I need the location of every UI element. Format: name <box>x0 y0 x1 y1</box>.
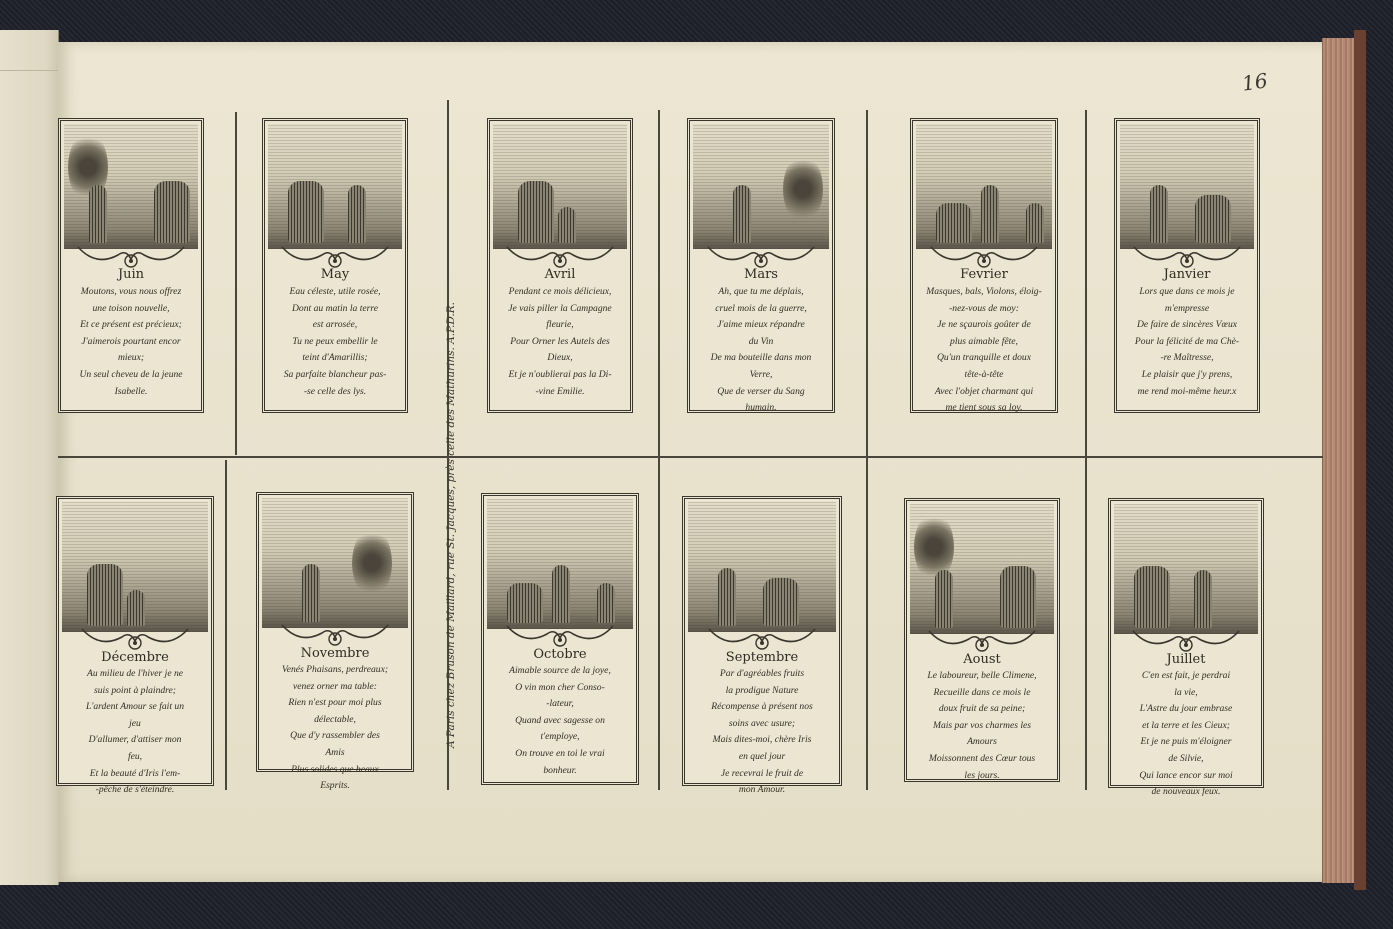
verse-line: Aimable source de la joye, <box>488 663 632 680</box>
verse-line: D'allumer, d'attiser mon <box>63 732 207 749</box>
verse-line: Mais par vos charmes les <box>911 718 1053 735</box>
verse-line: les jours. <box>911 768 1053 785</box>
verse-line: Avec l'objet charmant qui <box>917 384 1051 401</box>
verse-line: Je vais piller la Campagne <box>494 301 626 318</box>
verse-line: venez orner ma table: <box>263 679 407 696</box>
verse-line: délectable, <box>263 712 407 729</box>
verse-line: Pendant ce mois délicieux, <box>494 284 626 301</box>
month-title: Septembre <box>685 650 839 665</box>
verse-line: Rien n'est pour moi plus <box>263 695 407 712</box>
verse-line: du Vin <box>694 334 828 351</box>
verse-text: Lors que dans ce mois jem'empresseDe fai… <box>1121 284 1253 400</box>
verse-line: la vie, <box>1115 685 1257 702</box>
verse-line: humain. <box>694 400 828 417</box>
verse-line: C'en est fait, je perdrai <box>1115 668 1257 685</box>
row-divider <box>58 456 1323 458</box>
verse-line: Pour Orner les Autels des <box>494 334 626 351</box>
left-page-edge <box>0 30 59 885</box>
verse-text: Masques, bals, Violons, éloig--nez-vous … <box>917 284 1051 417</box>
verse-line: Moutons, vous nous offrez <box>65 284 197 301</box>
verse-text: Moutons, vous nous offrezune toison nouv… <box>65 284 197 400</box>
column-divider <box>1085 110 1087 790</box>
verse-line: Un seul cheveu de la jeune <box>65 367 197 384</box>
verse-line: Tu ne peux embellir le <box>269 334 401 351</box>
month-card-septembre: SeptembrePar d'agréables fruitsla prodig… <box>682 496 842 786</box>
verse-line: Eau céleste, utile rosée, <box>269 284 401 301</box>
column-divider <box>225 460 227 790</box>
verse-line: mieux; <box>65 350 197 367</box>
verse-line: de Silvie, <box>1115 751 1257 768</box>
verse-line: Et je ne puis m'éloigner <box>1115 734 1257 751</box>
book-binding <box>1354 30 1366 890</box>
verse-line: Récompense à présent nos <box>689 699 835 716</box>
verse-line: en quel jour <box>689 749 835 766</box>
month-card-juin: JuinMoutons, vous nous offrezune toison … <box>58 118 204 413</box>
verse-line: jeu <box>63 716 207 733</box>
verse-line: bonheur. <box>488 763 632 780</box>
month-title: Octobre <box>484 647 636 662</box>
verse-line: est arrosée, <box>269 317 401 334</box>
engraved-scene-illustration <box>1114 504 1258 634</box>
verse-line: Venés Phaisans, perdreaux; <box>263 662 407 679</box>
verse-line: Mais dites-moi, chère Iris <box>689 732 835 749</box>
verse-line: De faire de sincères Vœux <box>1121 317 1253 334</box>
verse-line: -lateur, <box>488 696 632 713</box>
month-card-octobre: OctobreAimable source de la joye,O vin m… <box>481 493 639 785</box>
engraved-scene-illustration <box>693 124 829 249</box>
verse-line: Masques, bals, Violons, éloig- <box>917 284 1051 301</box>
publisher-imprint: A Paris chez Bruson de Maillard, rue St.… <box>436 255 466 795</box>
engraved-scene-illustration <box>688 502 836 632</box>
engraved-scene-illustration <box>487 499 633 629</box>
verse-line: me rend moi-même heur.x <box>1121 384 1253 401</box>
verse-line: Amis <box>263 745 407 762</box>
verse-line: mon Amour. <box>689 782 835 799</box>
verse-text: Pendant ce mois délicieux,Je vais piller… <box>494 284 626 400</box>
verse-line: J'aimerois pourtant encor <box>65 334 197 351</box>
verse-line: L'Astre du jour embrase <box>1115 701 1257 718</box>
verse-line: Ah, que tu me déplais, <box>694 284 828 301</box>
verse-line: la prodigue Nature <box>689 683 835 700</box>
month-title: Fevrier <box>913 267 1055 282</box>
verse-line: -se celle des lys. <box>269 384 401 401</box>
verse-line: me tient sous sa loy. <box>917 400 1051 417</box>
month-card-avril: AvrilPendant ce mois délicieux,Je vais p… <box>487 118 633 413</box>
engraved-scene-illustration <box>910 504 1054 634</box>
verse-line: Qu'un tranquille et doux <box>917 350 1051 367</box>
verse-text: Venés Phaisans, perdreaux;venez orner ma… <box>263 662 407 795</box>
engraved-scene-illustration <box>1120 124 1254 249</box>
verse-line: feu, <box>63 749 207 766</box>
verse-line: Isabelle. <box>65 384 197 401</box>
page-number: 16 <box>1240 68 1269 95</box>
verse-line: J'aime mieux répandre <box>694 317 828 334</box>
verse-line: -re Maîtresse, <box>1121 350 1253 367</box>
verse-line: cruel mois de la guerre, <box>694 301 828 318</box>
verse-line: Qui lance encor sur moi <box>1115 768 1257 785</box>
verse-line: doux fruit de sa peine; <box>911 701 1053 718</box>
engraved-scene-illustration <box>493 124 627 249</box>
verse-line: Sa parfaite blancheur pas- <box>269 367 401 384</box>
month-title: Avril <box>490 267 630 282</box>
month-title: Juin <box>61 267 201 282</box>
verse-line: -pêche de s'éteindre. <box>63 782 207 799</box>
verse-line: suis point à plaindre; <box>63 683 207 700</box>
verse-text: Par d'agréables fruitsla prodigue Nature… <box>689 666 835 799</box>
month-card-fevrier: FevrierMasques, bals, Violons, éloig--ne… <box>910 118 1058 413</box>
verse-line: Et la beauté d'Iris l'em- <box>63 766 207 783</box>
engraved-scene-illustration <box>262 498 408 628</box>
verse-line: Verre, <box>694 367 828 384</box>
verse-line: Le plaisir que j'y prens, <box>1121 367 1253 384</box>
verse-line: Par d'agréables fruits <box>689 666 835 683</box>
verse-line: L'ardent Amour se fait un <box>63 699 207 716</box>
verse-line: Dieux, <box>494 350 626 367</box>
verse-line: Plus solides que beaux <box>263 762 407 779</box>
column-divider <box>658 110 660 790</box>
verse-line: Lors que dans ce mois je <box>1121 284 1253 301</box>
verse-line: -nez-vous de moy: <box>917 301 1051 318</box>
month-card-juillet: JuilletC'en est fait, je perdraila vie,L… <box>1108 498 1264 788</box>
verse-line: Amours <box>911 734 1053 751</box>
verse-line: tête-à-tête <box>917 367 1051 384</box>
page-fore-edge <box>1322 38 1355 883</box>
month-card-mars: MarsAh, que tu me déplais,cruel mois de … <box>687 118 835 413</box>
verse-line: Le laboureur, belle Climene, <box>911 668 1053 685</box>
verse-text: Ah, que tu me déplais,cruel mois de la g… <box>694 284 828 417</box>
verse-line: Que d'y rassembler des <box>263 728 407 745</box>
engraved-scene-illustration <box>268 124 402 249</box>
month-title: Aoust <box>907 652 1057 667</box>
month-title: Janvier <box>1117 267 1257 282</box>
verse-line: plus aimable fête, <box>917 334 1051 351</box>
verse-line: On trouve en toi le vrai <box>488 746 632 763</box>
imprint-text: A Paris chez Bruson de Maillard, rue St.… <box>445 302 457 748</box>
month-card-novembre: NovembreVenés Phaisans, perdreaux;venez … <box>256 492 414 772</box>
verse-line: Quand avec sagesse on <box>488 713 632 730</box>
column-divider <box>235 112 237 455</box>
month-title: Juillet <box>1111 652 1261 667</box>
engraved-scene-illustration <box>916 124 1052 249</box>
verse-line: Et je n'oublierai pas la Di- <box>494 367 626 384</box>
verse-line: O vin mon cher Conso- <box>488 680 632 697</box>
verse-line: Je recevrai le fruit de <box>689 766 835 783</box>
verse-line: Dont au matin la terre <box>269 301 401 318</box>
verse-text: Aimable source de la joye,O vin mon cher… <box>488 663 632 779</box>
verse-line: Que de verser du Sang <box>694 384 828 401</box>
verse-line: de nouveaux feux. <box>1115 784 1257 801</box>
column-divider <box>866 110 868 790</box>
engraved-scene-illustration <box>62 502 208 632</box>
month-card-janvier: JanvierLors que dans ce mois jem'empress… <box>1114 118 1260 413</box>
verse-line: Recueille dans ce mois le <box>911 685 1053 702</box>
month-card-may: MayEau céleste, utile rosée,Dont au mati… <box>262 118 408 413</box>
month-title: May <box>265 267 405 282</box>
verse-line: Et ce présent est précieux; <box>65 317 197 334</box>
verse-line: Esprits. <box>263 778 407 795</box>
verse-line: soins avec usure; <box>689 716 835 733</box>
month-title: Mars <box>690 267 832 282</box>
verse-line: Au milieu de l'hiver je ne <box>63 666 207 683</box>
month-title: Novembre <box>259 646 411 661</box>
month-card-aoust: AoustLe laboureur, belle Climene,Recueil… <box>904 498 1060 782</box>
engraved-scene-illustration <box>64 124 198 249</box>
verse-text: Le laboureur, belle Climene,Recueille da… <box>911 668 1053 784</box>
verse-line: m'empresse <box>1121 301 1253 318</box>
verse-text: Au milieu de l'hiver je nesuis point à p… <box>63 666 207 799</box>
verse-line: Pour la félicité de ma Chè- <box>1121 334 1253 351</box>
verse-text: C'en est fait, je perdraila vie,L'Astre … <box>1115 668 1257 801</box>
verse-line: De ma bouteille dans mon <box>694 350 828 367</box>
verse-line: teint d'Amarillis; <box>269 350 401 367</box>
verse-line: et la terre et les Cieux; <box>1115 718 1257 735</box>
verse-line: -vine Emilie. <box>494 384 626 401</box>
verse-line: Je ne sçaurois goûter de <box>917 317 1051 334</box>
verse-line: une toison nouvelle, <box>65 301 197 318</box>
month-title: Décembre <box>59 650 211 665</box>
verse-line: fleurie, <box>494 317 626 334</box>
verse-line: t'employe, <box>488 729 632 746</box>
verse-text: Eau céleste, utile rosée,Dont au matin l… <box>269 284 401 400</box>
month-card-décembre: DécembreAu milieu de l'hiver je nesuis p… <box>56 496 214 786</box>
verse-line: Moissonnent des Cœur tous <box>911 751 1053 768</box>
